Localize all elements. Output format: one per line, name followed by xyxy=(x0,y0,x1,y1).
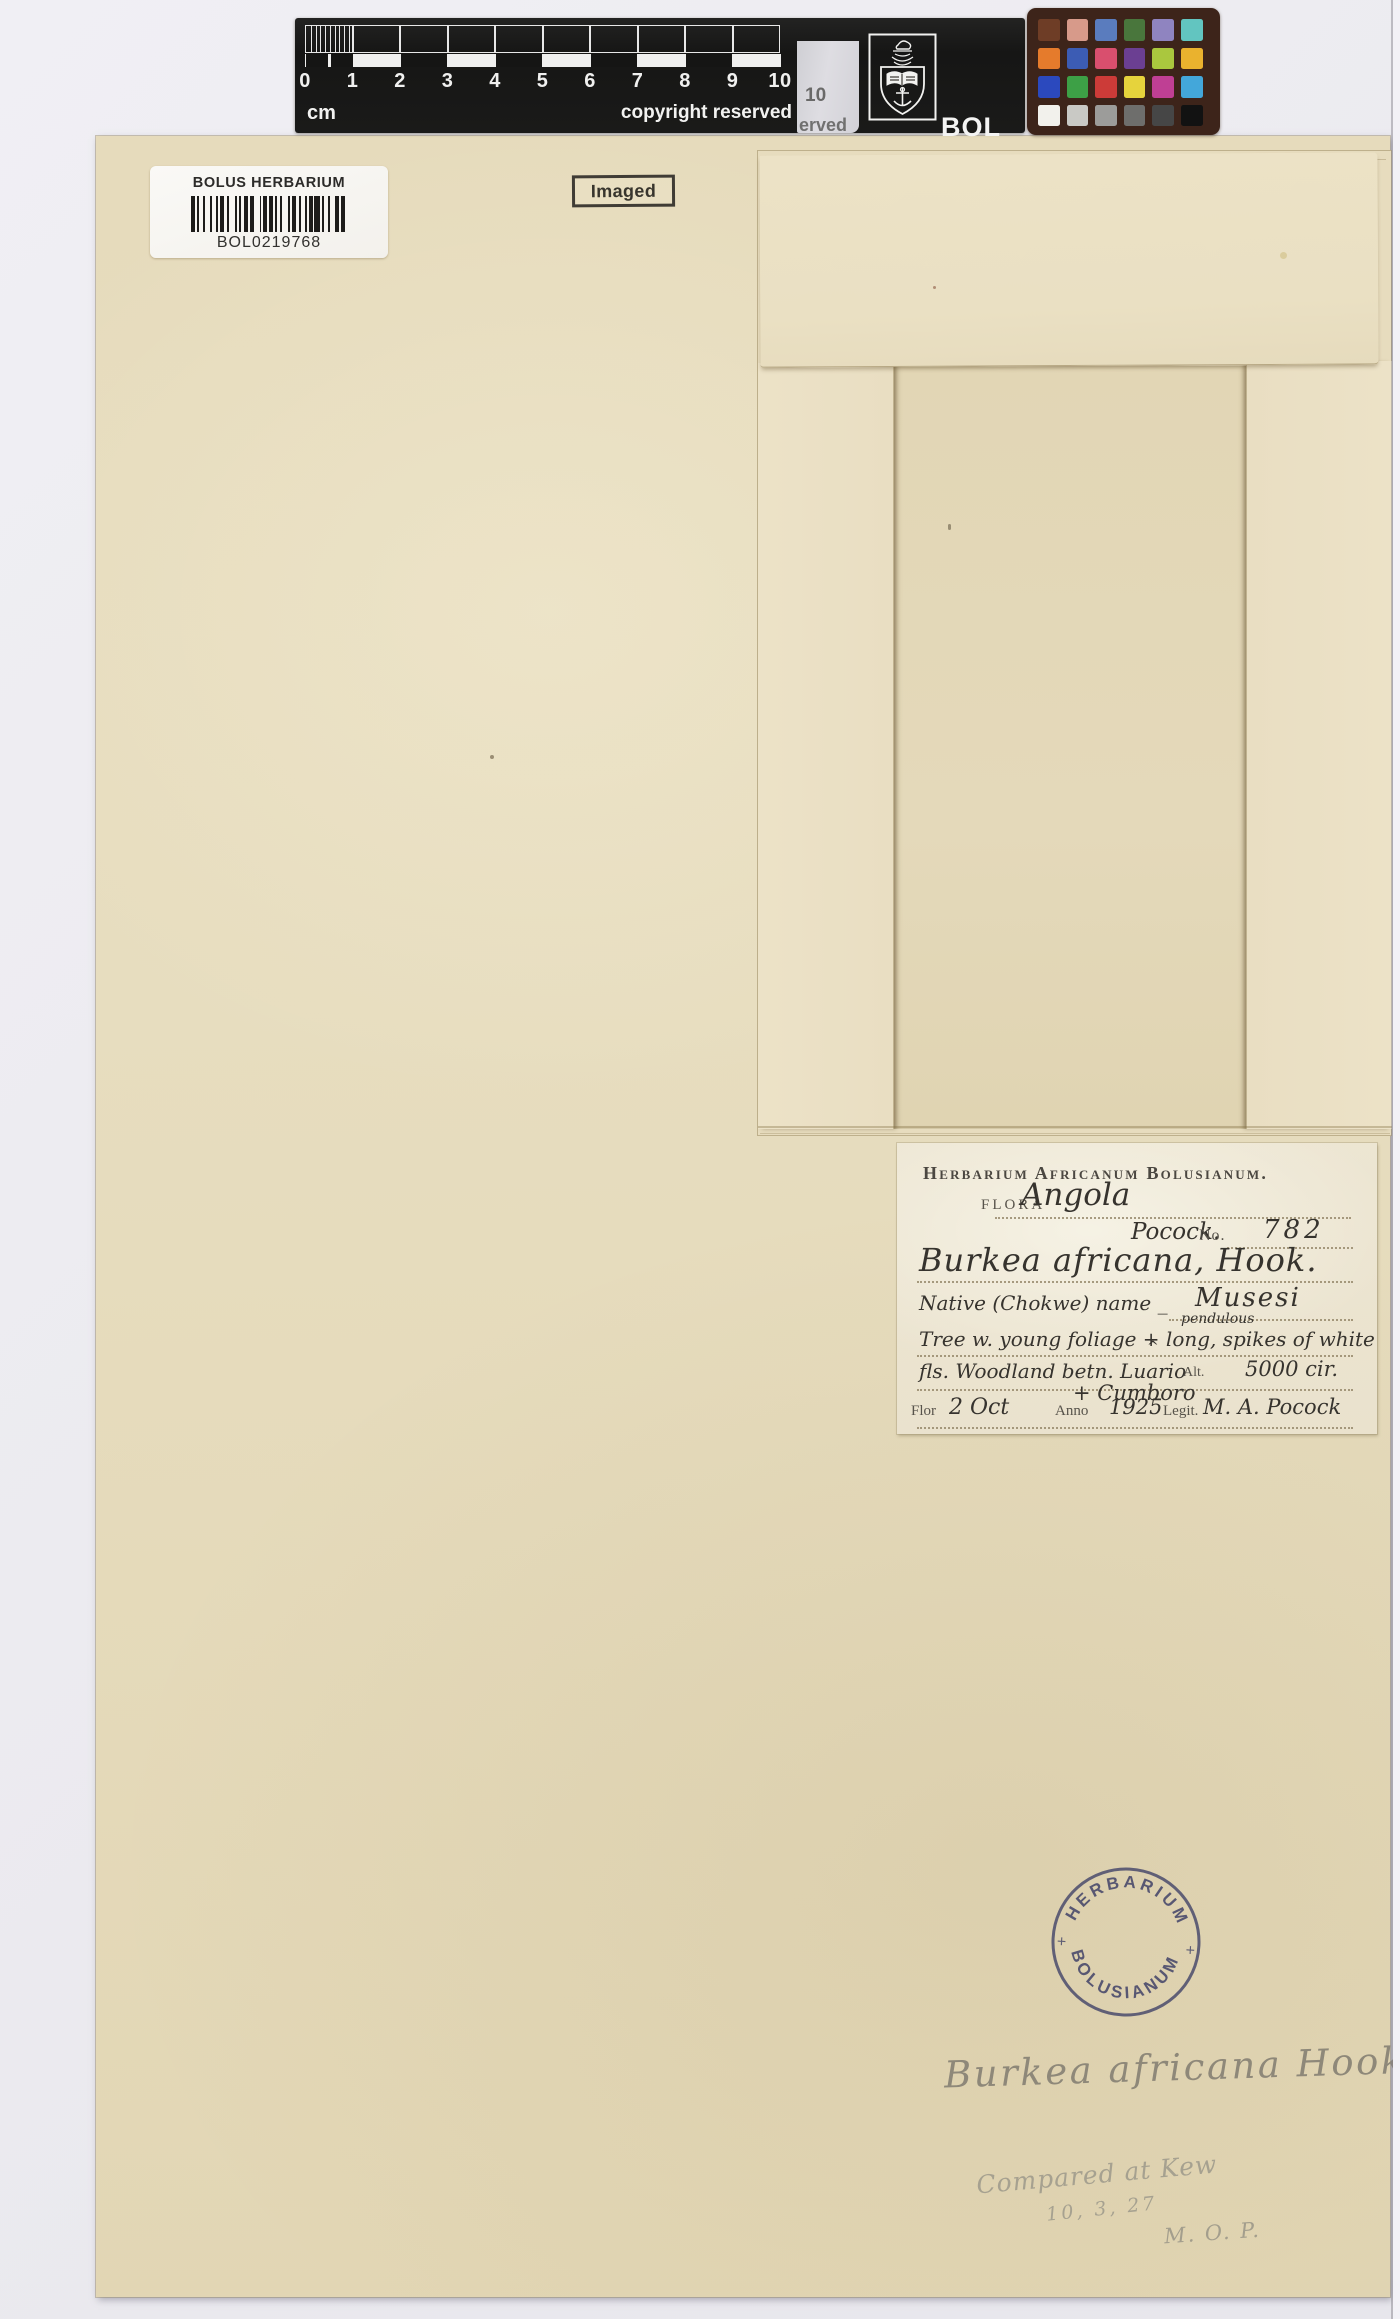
barcode-institution: BOLUS HERBARIUM xyxy=(150,175,388,191)
ruler-halfcm-blocks xyxy=(305,54,781,67)
imaged-stamp: Imaged xyxy=(572,175,675,208)
flowering-caption: Flor xyxy=(911,1403,936,1420)
native-name-value: Musesi xyxy=(1195,1283,1301,1313)
ruled-dotline xyxy=(917,1427,1353,1429)
stamp-bottom-text: BOLUSIANUM xyxy=(1065,1946,1184,2006)
paper-speck xyxy=(948,524,951,530)
legit-caption: Legit. xyxy=(1163,1403,1198,1420)
barcode-number: BOL0219768 xyxy=(150,234,388,252)
specimen-packet-left-flap xyxy=(758,363,894,1129)
stamp-left-mark: + xyxy=(1056,1933,1066,1950)
color-calibration-card xyxy=(1027,8,1220,135)
scan-edge-strip xyxy=(1393,0,1400,2319)
ruler-glare-tick: 10 xyxy=(805,85,826,107)
herbarium-bolusianum-stamp: HERBARIUM BOLUSIANUM + + xyxy=(1038,1854,1215,2031)
paper-speck xyxy=(933,286,936,289)
bol-herbarium-code: BOL xyxy=(941,112,1001,143)
uct-crest-icon xyxy=(868,33,937,121)
scale-bar: 012345678910 cm copyright reserved 10 er… xyxy=(295,18,1025,133)
ruler-tick-labels: 012345678910 xyxy=(305,70,781,94)
paper-speck xyxy=(490,755,494,759)
stamp-top-text: HERBARIUM xyxy=(1061,1869,1195,1929)
stamp-right-mark: + xyxy=(1185,1942,1195,1959)
flora-value: Angola xyxy=(1021,1177,1130,1213)
ruler-cm-cells xyxy=(305,25,781,53)
altitude-value: 5000 cir. xyxy=(1245,1357,1338,1381)
specimen-label: Herbarium Africanum Bolusianum. FLORA An… xyxy=(897,1143,1377,1434)
ruler-glare-reflection: 10 erved xyxy=(797,41,859,133)
flowering-value: 2 Oct xyxy=(949,1395,1009,1420)
ruler-copyright-text: copyright reserved xyxy=(295,102,792,124)
svg-text:HERBARIUM: HERBARIUM xyxy=(1061,1869,1195,1929)
specimen-packet-right-flap xyxy=(1246,361,1392,1129)
description-line-2: fls. Woodland betn. Luario xyxy=(919,1359,1186,1383)
scanned-herbarium-sheet: 012345678910 cm copyright reserved 10 er… xyxy=(0,0,1400,2319)
species-name: Burkea africana, Hook. xyxy=(919,1241,1317,1279)
insertion-caret: ^ xyxy=(1147,1339,1159,1355)
barcode-icon xyxy=(171,196,367,232)
year-caption: Anno xyxy=(1055,1403,1088,1420)
specimen-packet-center-panel xyxy=(894,366,1246,1129)
native-name-caption: Native (Chokwe) name _ xyxy=(919,1291,1168,1315)
legit-value: M. A. Pocock xyxy=(1203,1395,1341,1419)
altitude-caption: Alt. xyxy=(1183,1365,1204,1381)
barcode-label: BOLUS HERBARIUM BOL0219768 xyxy=(150,166,388,258)
packet-bottom-edge xyxy=(760,1133,1390,1134)
svg-text:BOLUSIANUM: BOLUSIANUM xyxy=(1065,1946,1184,2006)
packet-bottom-edge xyxy=(758,1126,1392,1128)
specimen-packet-top-flap xyxy=(759,152,1378,367)
year-value: 1925 xyxy=(1109,1395,1162,1419)
inserted-word: pendulous xyxy=(1181,1311,1254,1327)
ruler-glare-text: erved xyxy=(799,115,847,136)
paper-speck xyxy=(1280,252,1287,259)
